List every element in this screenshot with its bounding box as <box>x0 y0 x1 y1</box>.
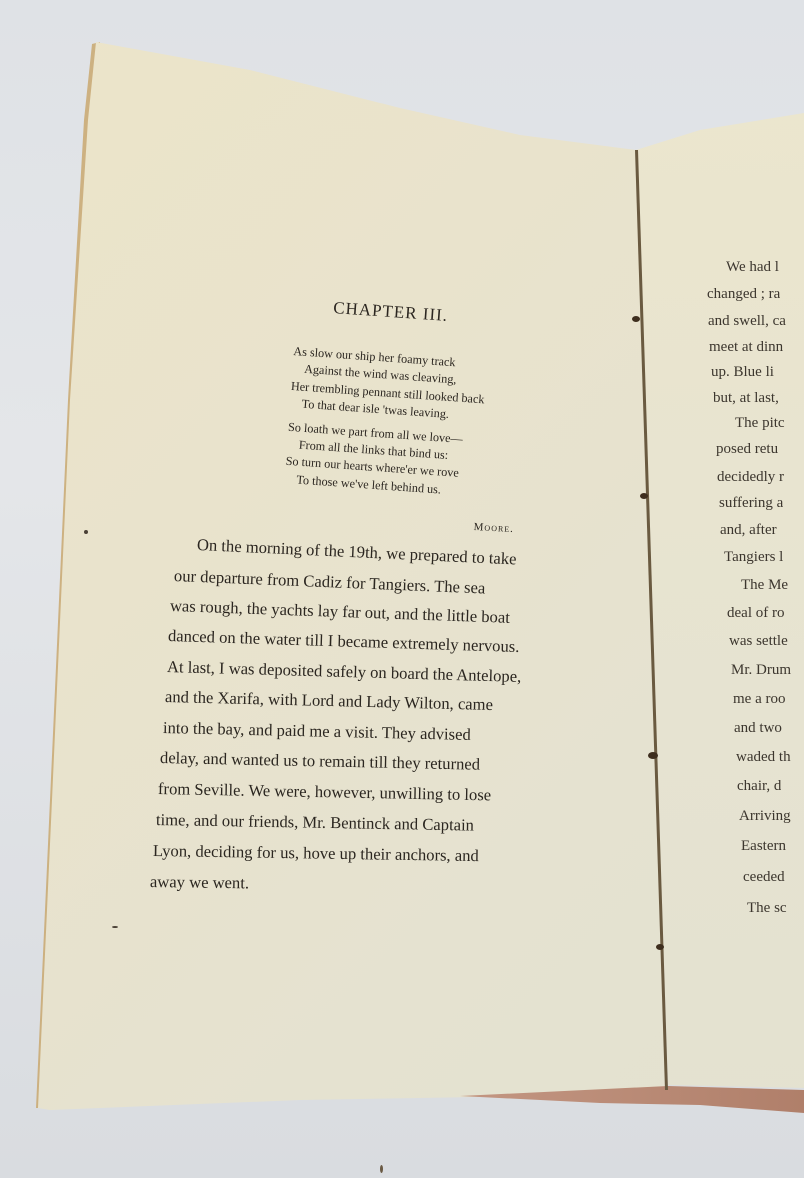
right-line: was settle <box>729 633 788 650</box>
right-line: ceeded <box>743 869 785 886</box>
right-line: Arriving <box>739 808 791 825</box>
body-line: away we went. <box>150 867 249 898</box>
right-line: Eastern <box>741 838 786 855</box>
body-line: time, and our friends, Mr. Bentinck and … <box>156 805 474 841</box>
right-line: We had l <box>726 259 779 276</box>
right-line: and, after <box>720 522 777 539</box>
paper-speck <box>84 530 88 534</box>
right-line: waded th <box>736 749 791 766</box>
stitch-icon <box>656 944 664 950</box>
right-line: changed ; ra <box>707 286 780 303</box>
right-line: deal of ro <box>727 605 784 622</box>
poem-attribution: Moore. <box>473 521 514 535</box>
right-line: The pitc <box>735 415 785 432</box>
right-line: chair, d <box>737 778 781 795</box>
right-line: posed retu <box>716 441 778 458</box>
right-line: The sc <box>747 900 787 917</box>
poem-stanza: As slow our ship her foamy track Against… <box>289 343 487 426</box>
floor-speck <box>380 1165 383 1173</box>
book-photo: CHAPTER III. As slow our ship her foamy … <box>0 0 804 1178</box>
stitch-icon <box>640 493 648 499</box>
body-line: Lyon, deciding for us, hove up their anc… <box>153 836 479 871</box>
epigraph-poem: As slow our ship her foamy track Against… <box>283 343 487 507</box>
right-line: meet at dinn <box>709 339 783 356</box>
right-line: Tangiers l <box>724 549 783 566</box>
right-line: up. Blue li <box>711 364 774 381</box>
right-line: and two <box>734 720 782 737</box>
right-line: The Me <box>741 577 788 594</box>
right-line: decidedly r <box>717 469 784 486</box>
right-line: suffering a <box>719 495 783 512</box>
right-line: and swell, ca <box>708 313 786 330</box>
poem-stanza: So loath we part from all we love— From … <box>284 418 482 501</box>
paper-speck <box>112 926 118 928</box>
right-line: Mr. Drum <box>731 662 791 679</box>
right-line: me a roo <box>733 691 785 708</box>
right-line: but, at last, <box>713 390 779 407</box>
stitch-icon <box>632 316 640 322</box>
stitch-icon <box>648 752 658 759</box>
